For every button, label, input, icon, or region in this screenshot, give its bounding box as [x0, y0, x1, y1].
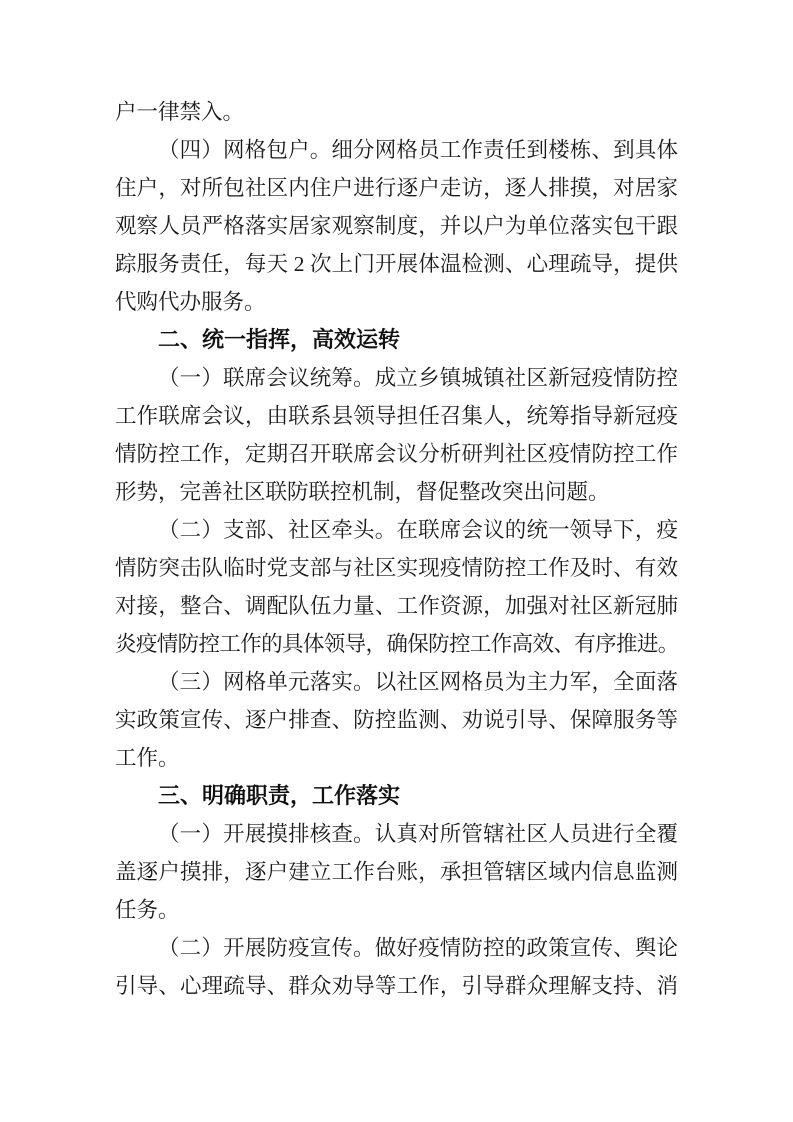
document-page: 户一律禁入。（四）网格包户。细分网格员工作责任到楼栋、到具体住户，对所包社区内住… — [0, 0, 793, 1122]
document-line: 住户，对所包社区内住户进行逐户走访，逐人排摸，对居家 — [115, 169, 678, 207]
document-line: 户一律禁入。 — [115, 93, 678, 131]
document-line: 观察人员严格落实居家观察制度，并以户为单位落实包干跟 — [115, 207, 678, 245]
document-line: （四）网格包户。细分网格员工作责任到楼栋、到具体 — [115, 131, 678, 169]
document-line: 工作。 — [115, 739, 678, 777]
section-heading: 二、统一指挥，高效运转 — [115, 321, 678, 359]
document-line: 任务。 — [115, 891, 678, 929]
document-line: 工作联席会议，由联系县领导担任召集人，统筹指导新冠疫 — [115, 397, 678, 435]
document-line: 炎疫情防控工作的具体领导，确保防控工作高效、有序推进。 — [115, 625, 678, 663]
document-line: 代购代办服务。 — [115, 283, 678, 321]
document-line: 形势，完善社区联防联控机制，督促整改突出问题。 — [115, 473, 678, 511]
document-line: （二）支部、社区牵头。在联席会议的统一领导下，疫 — [115, 511, 678, 549]
document-content: 户一律禁入。（四）网格包户。细分网格员工作责任到楼栋、到具体住户，对所包社区内住… — [115, 93, 678, 1005]
document-line: （二）开展防疫宣传。做好疫情防控的政策宣传、舆论 — [115, 929, 678, 967]
document-line: 盖逐户摸排，逐户建立工作台账，承担管辖区域内信息监测 — [115, 853, 678, 891]
document-line: 情防突击队临时党支部与社区实现疫情防控工作及时、有效 — [115, 549, 678, 587]
document-line: （一）联席会议统筹。成立乡镇城镇社区新冠疫情防控 — [115, 359, 678, 397]
document-line: 对接，整合、调配队伍力量、工作资源，加强对社区新冠肺 — [115, 587, 678, 625]
document-line: （三）网格单元落实。以社区网格员为主力军，全面落 — [115, 663, 678, 701]
section-heading: 三、明确职责，工作落实 — [115, 777, 678, 815]
document-line: 实政策宣传、逐户排查、防控监测、劝说引导、保障服务等 — [115, 701, 678, 739]
document-line: 引导、心理疏导、群众劝导等工作，引导群众理解支持、消 — [115, 967, 678, 1005]
document-line: 踪服务责任，每天 2 次上门开展体温检测、心理疏导，提供 — [115, 245, 678, 283]
document-line: （一）开展摸排核查。认真对所管辖社区人员进行全覆 — [115, 815, 678, 853]
document-line: 情防控工作，定期召开联席会议分析研判社区疫情防控工作 — [115, 435, 678, 473]
